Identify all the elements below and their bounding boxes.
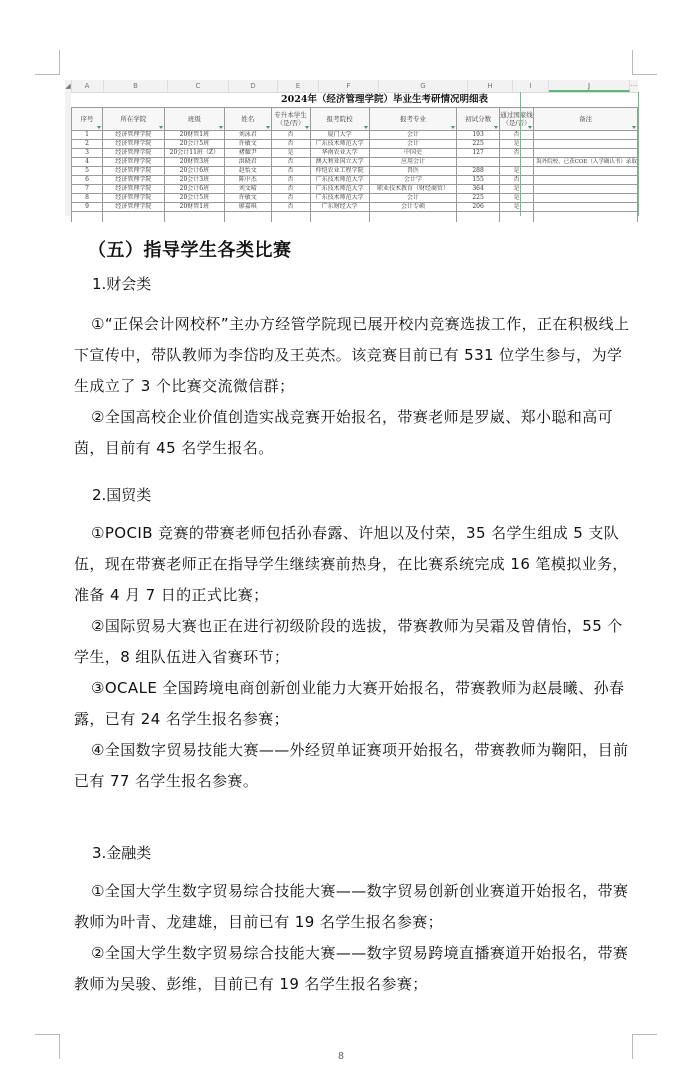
table-cell[interactable]: 陈中杰 (224, 176, 271, 185)
table-cell[interactable]: 华南农业大学 (310, 149, 369, 158)
page-corner-mark-top-left (35, 50, 60, 75)
column-letter: D (229, 80, 278, 92)
table-cell[interactable]: 是 (499, 194, 533, 203)
table-cell[interactable]: 否 (271, 194, 310, 203)
table-cell[interactable]: 经济管理学院 (102, 131, 164, 140)
table-cell[interactable]: 否 (271, 185, 310, 194)
sheet-title: 2024年（经济管理学院）毕业生考研情况明细表 (71, 94, 638, 106)
table-cell[interactable]: 会计学 (369, 176, 457, 185)
table-row: 3经济管理学院20会计11班（Z）褚耀尹是华南农业大学中国史127否 (72, 149, 638, 158)
subsection-title: 2.国贸类 (92, 484, 151, 505)
table-cell[interactable]: 20会计5班 (164, 194, 224, 203)
filter-dropdown-icon (219, 126, 223, 129)
table-cell[interactable]: 广东技术师范大学 (310, 176, 369, 185)
table-row: 6经济管理学院20会计3班陈中杰否广东技术师范大学会计学155否 (72, 176, 638, 185)
table-cell[interactable]: 288 (457, 167, 499, 176)
table-cell[interactable]: 赵怡文 (224, 167, 271, 176)
table-cell[interactable]: 193 (457, 131, 499, 140)
column-letter: H (468, 80, 513, 92)
page-number: 8 (338, 1051, 344, 1062)
filter-dropdown-icon (159, 126, 163, 129)
table-cell[interactable] (310, 212, 369, 223)
table-cell[interactable]: 否 (499, 149, 533, 158)
table-cell[interactable]: 20财管1班 (164, 131, 224, 140)
paragraph: ④全国数字贸易技能大赛——外经贸单证赛项开始报名，带赛教师为鞠阳，目前已有 77… (74, 735, 634, 797)
table-row: 1经济管理学院20财管1班刘泳君否厦门大学会计193否 (72, 131, 638, 140)
paragraph: ①“正保会计网校杯”主办方经管学院现已展开校内竞赛选拔工作，正在积极线上下宣传中… (74, 309, 634, 402)
header-cell[interactable]: 报考院校 (310, 108, 369, 131)
header-cell[interactable]: 通过国家线（是/否） (499, 108, 533, 131)
paragraph-block: ①POCIB 竞赛的带赛老师包括孙春露、许旭以及付荣，35 名学生组成 5 支队… (74, 518, 634, 797)
table-cell[interactable] (499, 212, 533, 223)
table-cell[interactable]: 否 (271, 176, 310, 185)
table-cell[interactable]: 会计 (369, 131, 457, 140)
table-cell[interactable] (534, 167, 638, 176)
paragraph: ②全国大学生数字贸易综合技能大赛——数字贸易跨境直播赛道开始报名，带赛教师为吴骏… (74, 938, 634, 1000)
table-cell[interactable]: 1 (72, 131, 103, 140)
table-cell[interactable]: 经济管理学院 (102, 203, 164, 212)
table-cell[interactable]: 是 (499, 140, 533, 149)
table-cell[interactable]: 8 (72, 194, 103, 203)
header-cell[interactable]: 初试分数 (457, 108, 499, 131)
table-cell[interactable]: 225 (457, 194, 499, 203)
filter-dropdown-icon (632, 126, 636, 129)
table-cell[interactable]: 否 (271, 167, 310, 176)
table-cell[interactable]: 廖嘉琪 (224, 203, 271, 212)
header-cell[interactable]: 专升本学生（是/否） (271, 108, 310, 131)
table-cell[interactable]: 20会计6班 (164, 167, 224, 176)
table-cell[interactable]: 广东技术师范大学 (310, 194, 369, 203)
paragraph: ③OCALE 全国跨境电商创新创业能力大赛开始报名，带赛教师为赵晨曦、孙春露，已… (74, 673, 634, 735)
table-cell[interactable]: 广东技术师范大学 (310, 140, 369, 149)
table-row: 5经济管理学院20会计6班赵怡文否仲恺农业工程学院兽医288是 (72, 167, 638, 176)
table-cell[interactable]: 7 (72, 185, 103, 194)
table-cell[interactable]: 广东技术师范大学 (310, 185, 369, 194)
column-letter: E (278, 80, 319, 92)
table-cell[interactable] (534, 212, 638, 223)
table-cell[interactable]: 经济管理学院 (102, 167, 164, 176)
header-cell[interactable]: 所在学院 (102, 108, 164, 131)
paragraph-block: ①“正保会计网校杯”主办方经管学院现已展开校内竞赛选拔工作，正在积极线上下宣传中… (74, 309, 634, 464)
table-cell[interactable]: 是 (499, 185, 533, 194)
page-corner-mark-top-right (632, 50, 657, 75)
table-cell[interactable]: 364 (457, 185, 499, 194)
column-letter: I (513, 80, 549, 92)
table-cell[interactable]: 是 (271, 149, 310, 158)
filter-dropdown-icon (266, 126, 270, 129)
table-cell[interactable]: 兽医 (369, 167, 457, 176)
column-letter: F (319, 80, 379, 92)
table-cell[interactable]: 厦门大学 (310, 131, 369, 140)
table-row: 4经济管理学院20财管3班洪晓君否澳大利亚国立大学应用会计海外院校，已获COE（… (72, 158, 638, 167)
table-cell[interactable]: 会计 (369, 140, 457, 149)
table-cell[interactable]: 否 (271, 203, 310, 212)
table-cell[interactable]: 2 (72, 140, 103, 149)
filter-dropdown-icon (528, 126, 532, 129)
table-cell[interactable]: 20财管1班 (164, 203, 224, 212)
table-cell[interactable]: 经济管理学院 (102, 194, 164, 203)
table-cell[interactable]: 会计专硕 (369, 203, 457, 212)
column-letter-selected: J (549, 80, 630, 92)
table-cell[interactable]: 127 (457, 149, 499, 158)
table-cell[interactable]: 许敏文 (224, 194, 271, 203)
filter-dropdown-icon (451, 126, 455, 129)
table-row: 9经济管理学院20财管1班廖嘉琪否广东财经大学会计专硕206是 (72, 203, 638, 212)
filter-dropdown-icon (97, 126, 101, 129)
table-cell[interactable] (102, 212, 164, 223)
more-columns-icon: ··· (630, 80, 638, 92)
table-cell[interactable] (271, 212, 310, 223)
paragraph-block: ①全国大学生数字贸易综合技能大赛——数字贸易创新创业赛道开始报名，带赛教师为叶青… (74, 876, 634, 1000)
header-cell[interactable]: 序号 (72, 108, 103, 131)
header-cell[interactable]: 备注 (534, 108, 638, 131)
table-cell[interactable]: 否 (499, 131, 533, 140)
table-cell[interactable]: 许敏文 (224, 140, 271, 149)
table-cell[interactable]: 3 (72, 149, 103, 158)
table-cell[interactable] (72, 212, 103, 223)
table-cell[interactable]: 经济管理学院 (102, 176, 164, 185)
embedded-spreadsheet-image: ◢ A B C D E F G H I J ··· 2024年（经济管理学院）毕… (65, 80, 638, 216)
table-cell[interactable]: 6 (72, 176, 103, 185)
table-cell[interactable]: 仲恺农业工程学院 (310, 167, 369, 176)
table-cell[interactable]: 是 (499, 203, 533, 212)
table-cell[interactable] (534, 185, 638, 194)
table-cell[interactable]: 海外院校，已获COE（入学确认书）录取 (534, 158, 638, 167)
section-heading: （五）指导学生各类比赛 (88, 236, 292, 262)
subsection-title: 3.金融类 (92, 842, 151, 863)
table-cell[interactable] (164, 212, 224, 223)
header-cell[interactable]: 姓名 (224, 108, 271, 131)
paragraph: ②全国高校企业价值创造实战竞赛开始报名，带赛老师是罗崴、郑小聪和高可茵，目前有 … (74, 402, 634, 464)
table-cell[interactable] (369, 212, 457, 223)
subsection-title: 1.财会类 (92, 273, 151, 294)
table-header-row: 序号 所在学院 班级 姓名 专升本学生（是/否） 报考院校 报考专业 初试分数 … (72, 108, 638, 131)
filter-dropdown-icon (305, 126, 309, 129)
table-cell[interactable]: 广东财经大学 (310, 203, 369, 212)
page-corner-mark-bottom-right (632, 1034, 657, 1059)
table-cell[interactable] (534, 176, 638, 185)
column-letter: A (71, 80, 104, 92)
table-cell[interactable]: 刘泳君 (224, 131, 271, 140)
table-cell[interactable] (457, 212, 499, 223)
table-cell[interactable]: 155 (457, 176, 499, 185)
table-cell[interactable]: 澳大利亚国立大学 (310, 158, 369, 167)
table-cell[interactable]: 225 (457, 140, 499, 149)
table-cell[interactable] (224, 212, 271, 223)
column-header-bar: ◢ A B C D E F G H I J ··· (65, 80, 638, 93)
table-cell[interactable]: 经济管理学院 (102, 140, 164, 149)
paragraph: ②国际贸易大赛也正在进行初级阶段的选拔，带赛教师为吴霜及曾倩怡，55 个学生，8… (74, 611, 634, 673)
paragraph: ①全国大学生数字贸易综合技能大赛——数字贸易创新创业赛道开始报名，带赛教师为叶青… (74, 876, 634, 938)
table-cell[interactable]: 职业技术教育（财经商贸） (369, 185, 457, 194)
table-row: 8经济管理学院20会计5班许敏文否广东技术师范大学会计225是 (72, 194, 638, 203)
page-corner-mark-bottom-left (35, 1034, 60, 1059)
table-cell[interactable]: 20会计3班 (164, 176, 224, 185)
table-cell[interactable]: 经济管理学院 (102, 158, 164, 167)
table-cell[interactable] (534, 203, 638, 212)
table-cell[interactable]: 206 (457, 203, 499, 212)
table-cell[interactable]: 否 (271, 158, 310, 167)
table-cell[interactable]: 20会计6班 (164, 185, 224, 194)
column-letter: B (104, 80, 168, 92)
table-cell[interactable]: 否 (271, 140, 310, 149)
table-cell[interactable] (534, 194, 638, 203)
table-cell[interactable]: 否 (271, 131, 310, 140)
table-cell[interactable]: 经济管理学院 (102, 185, 164, 194)
table-cell[interactable] (457, 158, 499, 167)
table-cell[interactable]: 否 (499, 176, 533, 185)
table-cell[interactable]: 20财管3班 (164, 158, 224, 167)
column-letter: C (168, 80, 229, 92)
table-cell[interactable]: 会计 (369, 194, 457, 203)
table-row: 2经济管理学院20会计5班许敏文否广东技术师范大学会计225是 (72, 140, 638, 149)
header-cell[interactable]: 班级 (164, 108, 224, 131)
empty-row (72, 212, 638, 223)
table-cell[interactable]: 20会计11班（Z） (164, 149, 224, 158)
table-cell[interactable] (499, 158, 533, 167)
table-row: 7经济管理学院20会计6班刘文晴否广东技术师范大学职业技术教育（财经商贸）364… (72, 185, 638, 194)
table-cell[interactable]: 应用会计 (369, 158, 457, 167)
table-cell[interactable]: 是 (499, 167, 533, 176)
header-cell[interactable]: 报考专业 (369, 108, 457, 131)
table-cell[interactable]: 洪晓君 (224, 158, 271, 167)
table-cell[interactable]: 4 (72, 158, 103, 167)
table-cell[interactable] (534, 149, 638, 158)
table-cell[interactable]: 9 (72, 203, 103, 212)
table-cell[interactable]: 刘文晴 (224, 185, 271, 194)
graduate-exam-table: 序号 所在学院 班级 姓名 专升本学生（是/否） 报考院校 报考专业 初试分数 … (71, 107, 638, 222)
filter-dropdown-icon (364, 126, 368, 129)
table-cell[interactable]: 20会计5班 (164, 140, 224, 149)
table-cell[interactable] (534, 140, 638, 149)
table-cell[interactable]: 中国史 (369, 149, 457, 158)
table-cell[interactable] (534, 131, 638, 140)
table-cell[interactable]: 褚耀尹 (224, 149, 271, 158)
paragraph: ①POCIB 竞赛的带赛老师包括孙春露、许旭以及付荣，35 名学生组成 5 支队… (74, 518, 634, 611)
filter-dropdown-icon (494, 126, 498, 129)
table-cell[interactable]: 经济管理学院 (102, 149, 164, 158)
table-cell[interactable]: 5 (72, 167, 103, 176)
column-letter: G (379, 80, 468, 92)
